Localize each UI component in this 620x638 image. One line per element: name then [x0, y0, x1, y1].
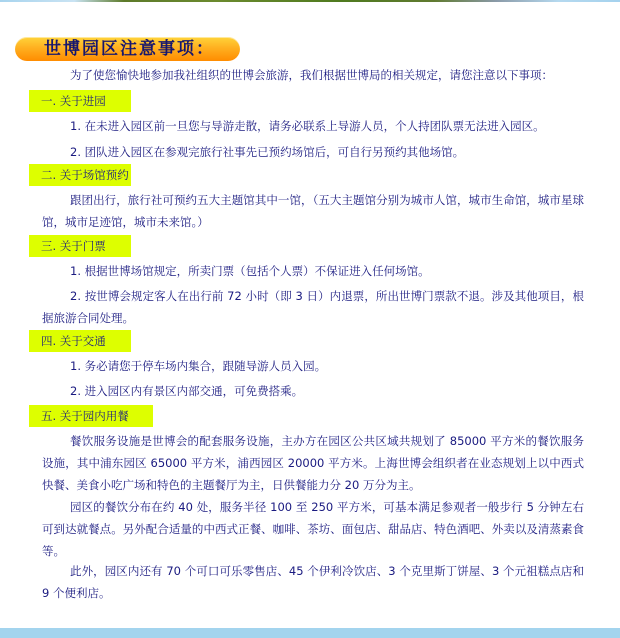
- bottom-bar: [0, 628, 620, 638]
- paragraph: 跟团出行，旅行社可预约五大主题馆其中一馆，（五大主题馆分别为城市人馆，城市生命馆…: [42, 189, 584, 233]
- section-heading-dining: 五. 关于园内用餐: [29, 405, 153, 427]
- paragraph: 园区的餐饮分布在约 40 处，服务半径 100 至 250 平方米，可基本满足参…: [42, 496, 584, 562]
- list-item: 2. 进入园区内有景区内部交通，可免费搭乘。: [70, 380, 303, 402]
- paragraph: 此外，园区内还有 70 个可口可乐零售店、45 个伊利冷饮店、3 个克里斯丁饼屋…: [42, 560, 584, 604]
- section-heading-tickets: 三. 关于门票: [29, 235, 131, 257]
- section-heading-transport: 四. 关于交通: [29, 330, 131, 352]
- page-title: 世博园区注意事项：: [44, 39, 215, 59]
- top-banner-strip: [0, 0, 620, 2]
- list-item: 1. 根据世博场馆规定，所卖门票（包括个人票）不保证进入任何场馆。: [70, 260, 430, 282]
- section-heading-venue-booking: 二. 关于场馆预约: [29, 164, 131, 186]
- paragraph: 餐饮服务设施是世博会的配套服务设施，主办方在园区公共区域共规划了 85000 平…: [42, 430, 584, 496]
- section-heading-entry: 一. 关于进园: [29, 90, 131, 112]
- list-item: 2. 团队进入园区在参观完旅行社事先已预约场馆后，可自行另预约其他场馆。: [70, 141, 464, 163]
- list-item: 1. 务必请您于停车场内集合，跟随导游人员入园。: [70, 355, 326, 377]
- intro-paragraph: 为了使您愉快地参加我社组织的世博会旅游，我们根据世博局的相关规定，请您注意以下事…: [70, 64, 553, 86]
- list-item: 1. 在未进入园区前一旦您与导游走散，请务必联系上导游人员，个人持团队票无法进入…: [70, 115, 545, 137]
- paragraph: 2. 按世博会规定客人在出行前 72 小时（即 3 日）内退票，所出世博门票款不…: [42, 285, 584, 329]
